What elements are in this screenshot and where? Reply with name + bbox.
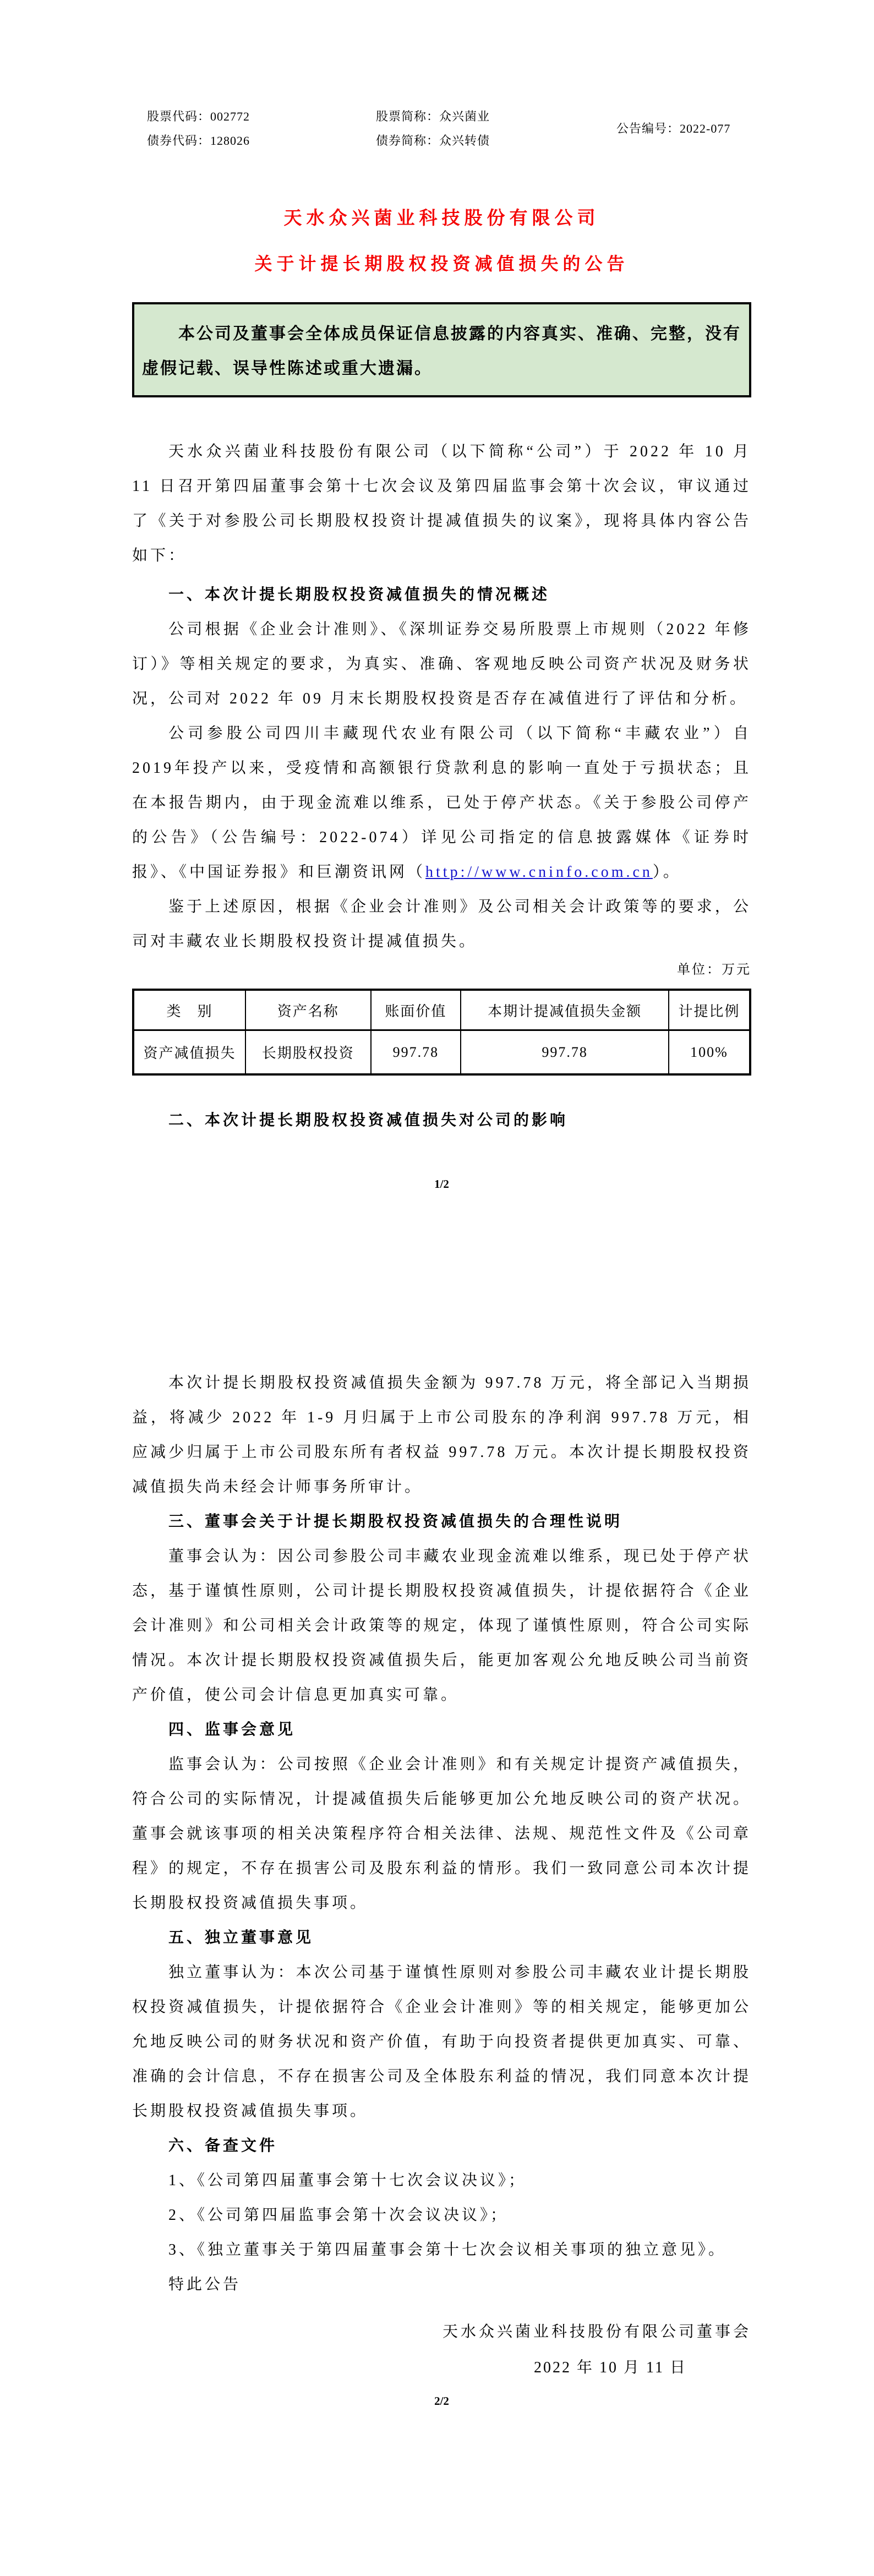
section-4-heading: 四、监事会意见 (132, 1712, 751, 1747)
notice-line: 虚假记载、误导性陈述或重大遗漏。 (142, 351, 741, 386)
stock-name: 股票简称：众兴菌业 (376, 105, 490, 129)
disclosure-notice-box: 本公司及董事会全体成员保证信息披露的内容真实、准确、完整，没有 虚假记载、误导性… (132, 302, 751, 397)
section-2-heading: 二、本次计提长期股权投资减值损失对公司的影响 (132, 1103, 751, 1138)
cell-impairment-amount: 997.78 (461, 1030, 669, 1075)
reference-doc-item: 2、《公司第四届监事会第十次会议决议》； (132, 2198, 751, 2233)
cninfo-link[interactable]: http://www.cninfo.com.cn (425, 864, 653, 881)
section-1-paragraph: 公司根据《企业会计准则》、《深圳证券交易所股票上市规则（2022 年修订）》等相… (132, 612, 751, 716)
table-row: 资产减值损失 长期股权投资 997.78 997.78 100% (133, 1030, 750, 1075)
announcement-document: 股票代码：002772 债券代码：128026 股票简称：众兴菌业 债券简称：众… (132, 105, 751, 2412)
col-header-asset-name: 资产名称 (245, 990, 371, 1030)
stock-code: 股票代码：002772 (147, 105, 250, 129)
codes-column: 股票代码：002772 债券代码：128026 (147, 105, 250, 153)
bond-name: 债券简称：众兴转债 (376, 129, 490, 153)
section-1-heading: 一、本次计提长期股权投资减值损失的情况概述 (132, 577, 751, 612)
col-header-impairment-amount: 本期计提减值损失金额 (461, 990, 669, 1030)
section-5-paragraph: 独立董事认为：本次公司基于谨慎性原则对参股公司丰藏农业计提长期股权投资减值损失，… (132, 1955, 751, 2129)
announcement-date: 2022 年 10 月 11 日 (132, 2354, 751, 2382)
intro-paragraph: 天水众兴菌业科技股份有限公司（以下简称“公司”）于 2022 年 10 月 11… (132, 434, 751, 573)
cell-ratio: 100% (669, 1030, 750, 1075)
section-4-paragraph: 监事会认为：公司按照《企业会计准则》和有关规定计提资产减值损失，符合公司的实际情… (132, 1747, 751, 1920)
cell-book-value: 997.78 (371, 1030, 461, 1075)
names-column: 股票简称：众兴菌业 债券简称：众兴转债 (376, 105, 490, 153)
section-2-paragraph: 本次计提长期股权投资减值损失金额为 997.78 万元，将全部记入当期损益，将减… (132, 1366, 751, 1504)
notice-line: 本公司及董事会全体成员保证信息披露的内容真实、准确、完整，没有 (142, 316, 741, 351)
reference-doc-item: 1、《公司第四届董事会第十七次会议决议》； (132, 2163, 751, 2198)
paragraph-text: ）。 (653, 864, 681, 881)
announcement-title: 关于计提长期股权投资减值损失的公告 (132, 251, 751, 276)
paragraph-text: 公司参股公司四川丰藏现代农业有限公司（以下简称“丰藏农业”）自2019年投产以来… (132, 725, 751, 881)
closing-statement: 特此公告 (132, 2267, 751, 2302)
unit-note: 单位：万元 (132, 959, 751, 981)
board-signature: 天水众兴菌业科技股份有限公司董事会 (132, 2318, 751, 2346)
section-1-paragraph: 公司参股公司四川丰藏现代农业有限公司（以下简称“丰藏农业”）自2019年投产以来… (132, 716, 751, 889)
section-6-heading: 六、备查文件 (132, 2129, 751, 2163)
company-title: 天水众兴菌业科技股份有限公司 (132, 206, 751, 231)
table-header-row: 类 别 资产名称 账面价值 本期计提减值损失金额 计提比例 (133, 990, 750, 1030)
section-5-heading: 五、独立董事意见 (132, 1920, 751, 1955)
col-header-book-value: 账面价值 (371, 990, 461, 1030)
bond-code: 债券代码：128026 (147, 129, 250, 153)
announcement-number: 公告编号：2022-077 (616, 117, 730, 141)
page-2-number: 2/2 (132, 2390, 751, 2412)
reference-doc-item: 3、《独立董事关于第四届董事会第十七次会议相关事项的独立意见》。 (132, 2233, 751, 2267)
col-header-ratio: 计提比例 (669, 990, 750, 1030)
document-header: 股票代码：002772 债券代码：128026 股票简称：众兴菌业 债券简称：众… (132, 105, 751, 153)
section-3-paragraph: 董事会认为：因公司参股公司丰藏农业现金流难以维系，现已处于停产状态，基于谨慎性原… (132, 1539, 751, 1712)
section-3-heading: 三、董事会关于计提长期股权投资减值损失的合理性说明 (132, 1504, 751, 1539)
cell-category: 资产减值损失 (133, 1030, 245, 1075)
col-header-category: 类 别 (133, 990, 245, 1030)
page-1-number: 1/2 (132, 1173, 751, 1195)
section-1-paragraph: 鉴于上述原因，根据《企业会计准则》及公司相关会计政策等的要求，公司对丰藏农业长期… (132, 889, 751, 959)
impairment-table: 类 别 资产名称 账面价值 本期计提减值损失金额 计提比例 资产减值损失 长期股… (132, 989, 751, 1076)
cell-asset-name: 长期股权投资 (245, 1030, 371, 1075)
